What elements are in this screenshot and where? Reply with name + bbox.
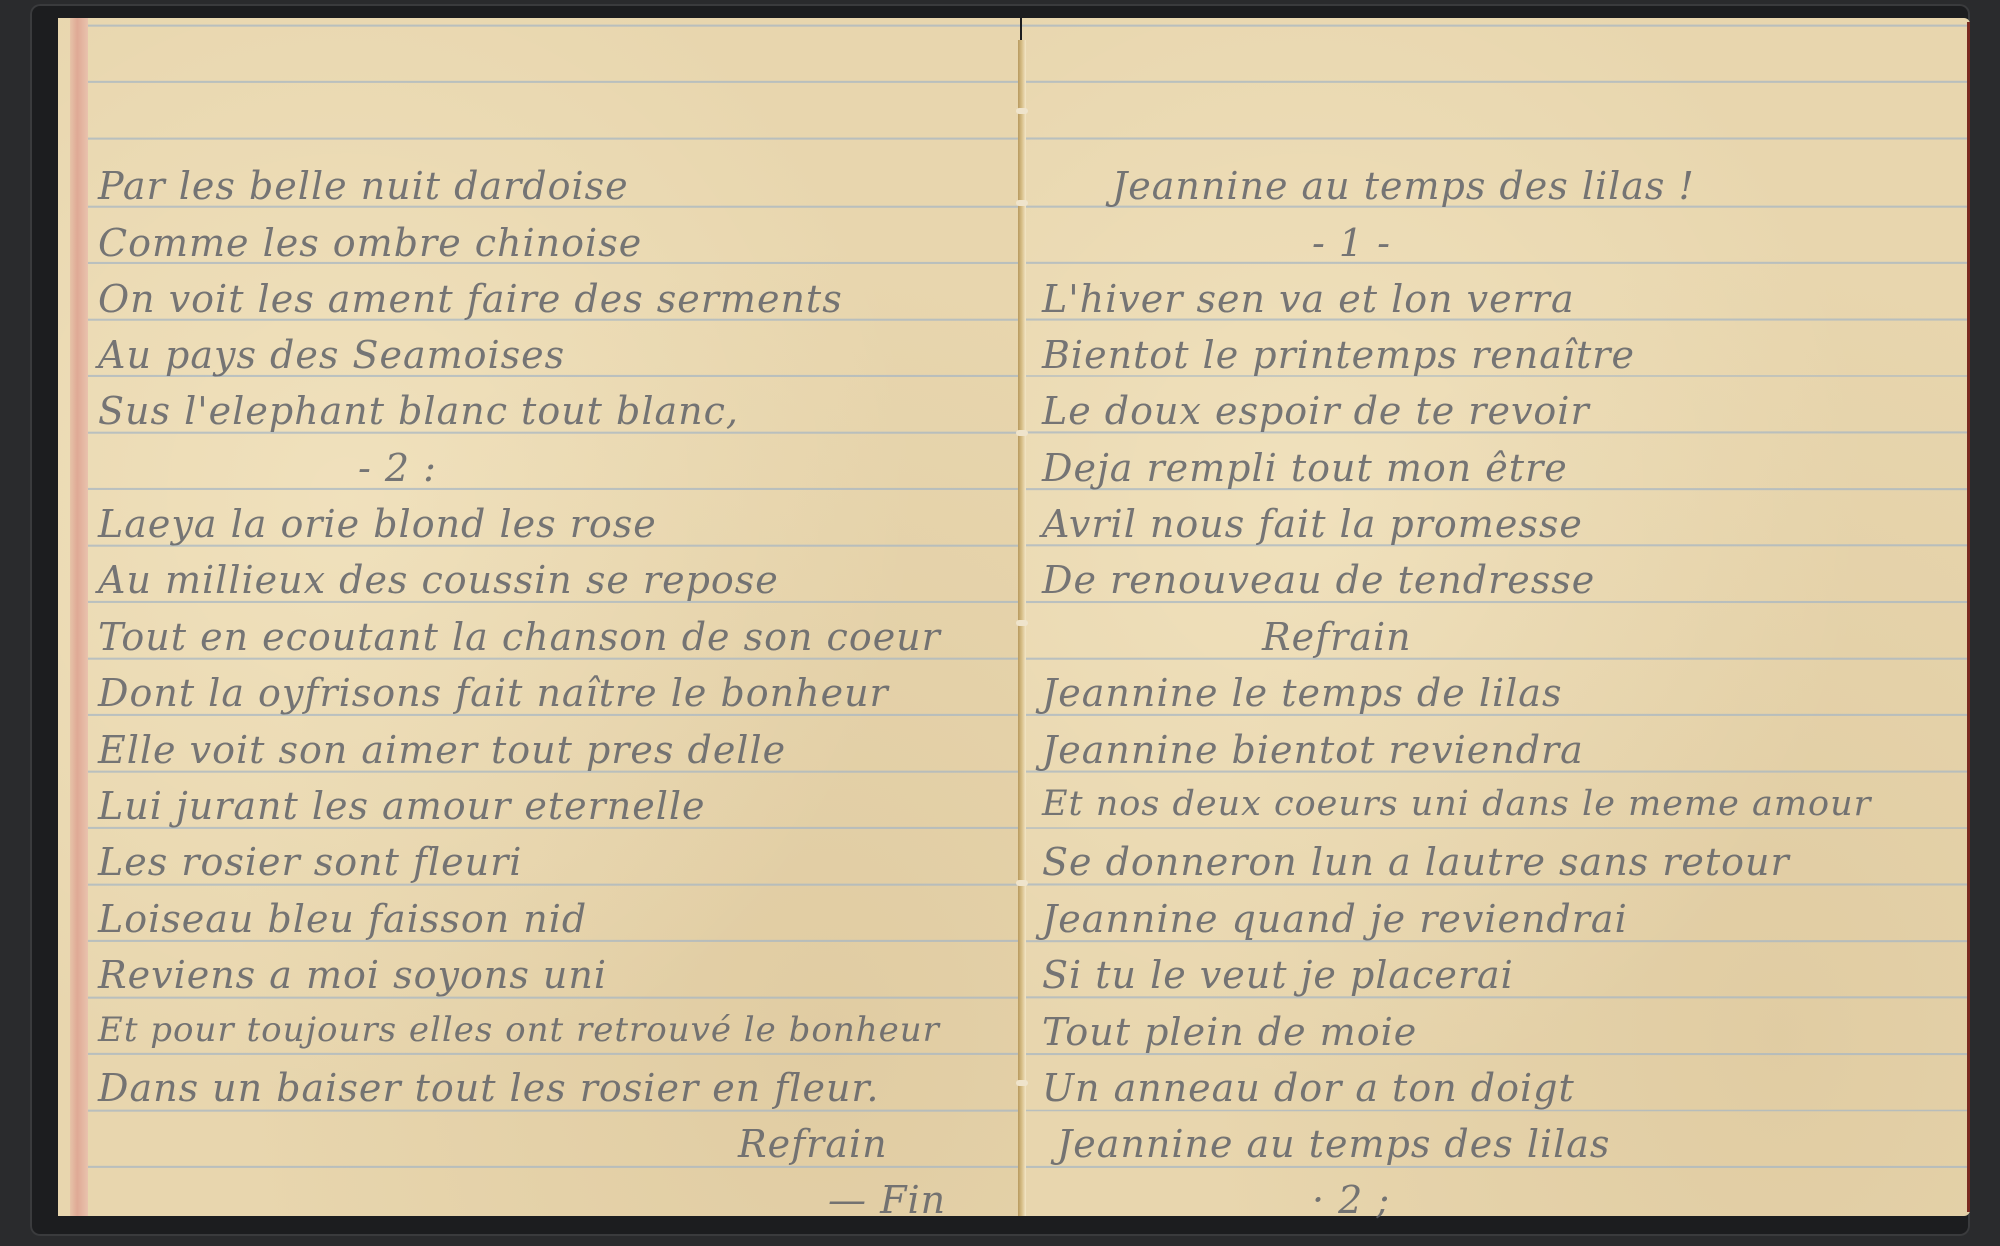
notebook-spine [1018, 40, 1026, 1216]
handwritten-line: Avril nous fait la promesse [1042, 502, 1583, 546]
handwritten-line: Le doux espoir de te revoir [1042, 389, 1590, 433]
handwritten-line: On voit les ament faire des serments [98, 277, 843, 321]
right-page-text: Jeannine au temps des lilas ! - 1 - L'hi… [1022, 18, 1970, 1216]
handwritten-line: Par les belle nuit dardoise [98, 164, 629, 208]
handwritten-line: Sus l'elephant blanc tout blanc, [98, 389, 739, 433]
handwritten-line: Et nos deux coeurs uni dans le meme amou… [1042, 784, 1871, 824]
handwritten-line: Reviens a moi soyons uni [98, 953, 607, 997]
binding-stitch [1016, 1080, 1028, 1086]
handwritten-line: Lui jurant les amour eternelle [98, 784, 706, 828]
handwritten-line: Jeannine quand je reviendrai [1042, 897, 1628, 941]
handwritten-line: Les rosier sont fleuri [98, 840, 522, 884]
handwritten-line: Jeannine bientot reviendra [1042, 728, 1584, 772]
handwritten-line: Laeya la orie blond les rose [98, 502, 657, 546]
handwritten-line: Au millieux des coussin se repose [98, 558, 779, 602]
handwritten-line: Elle voit son aimer tout pres delle [98, 728, 786, 772]
left-page: Par les belle nuit dardoise Comme les om… [58, 18, 1020, 1216]
verse-number: - 2 : [358, 446, 437, 490]
handwritten-line: Au pays des Seamoises [98, 333, 565, 377]
handwritten-line: Jeannine le temps de lilas [1042, 671, 1562, 715]
binding-stitch [1016, 620, 1028, 626]
handwritten-line: Jeannine au temps des lilas [1057, 1122, 1610, 1166]
handwritten-line: Bientot le printemps renaître [1042, 333, 1635, 377]
handwritten-line: Un anneau dor a ton doigt [1042, 1066, 1575, 1110]
refrain-label: Refrain [1262, 615, 1412, 659]
refrain-label: Refrain [738, 1122, 888, 1166]
left-page-text: Par les belle nuit dardoise Comme les om… [58, 18, 1020, 1216]
binding-stitch [1016, 200, 1028, 206]
binding-stitch [1016, 108, 1028, 114]
handwritten-line: Se donneron lun a lautre sans retour [1042, 840, 1790, 884]
handwritten-line: Dans un baiser tout les rosier en fleur. [98, 1066, 879, 1110]
handwritten-line: De renouveau de tendresse [1042, 558, 1595, 602]
handwritten-line: Tout plein de moie [1042, 1010, 1417, 1054]
handwritten-line: L'hiver sen va et lon verra [1042, 277, 1575, 321]
handwritten-line: Si tu le veut je placerai [1042, 953, 1514, 997]
binding-stitch [1016, 880, 1028, 886]
handwritten-line: Et pour toujours elles ont retrouvé le b… [98, 1010, 940, 1050]
handwritten-line: Comme les ombre chinoise [98, 221, 642, 265]
handwritten-line: Loiseau bleu faisson nid [98, 897, 587, 941]
verse-number: - 1 - [1312, 221, 1391, 265]
binding-stitch [1016, 430, 1028, 436]
handwritten-line: Tout en ecoutant la chanson de son coeur [98, 615, 941, 659]
handwritten-line: Dont la oyfrisons fait naître le bonheur [98, 671, 889, 715]
song-title: Jeannine au temps des lilas ! [1112, 164, 1695, 208]
fin-label: — Fin [828, 1178, 946, 1222]
right-page: Jeannine au temps des lilas ! - 1 - L'hi… [1022, 18, 1970, 1216]
handwritten-line: Deja rempli tout mon être [1042, 446, 1568, 490]
page-number: · 2 ; [1312, 1178, 1390, 1222]
